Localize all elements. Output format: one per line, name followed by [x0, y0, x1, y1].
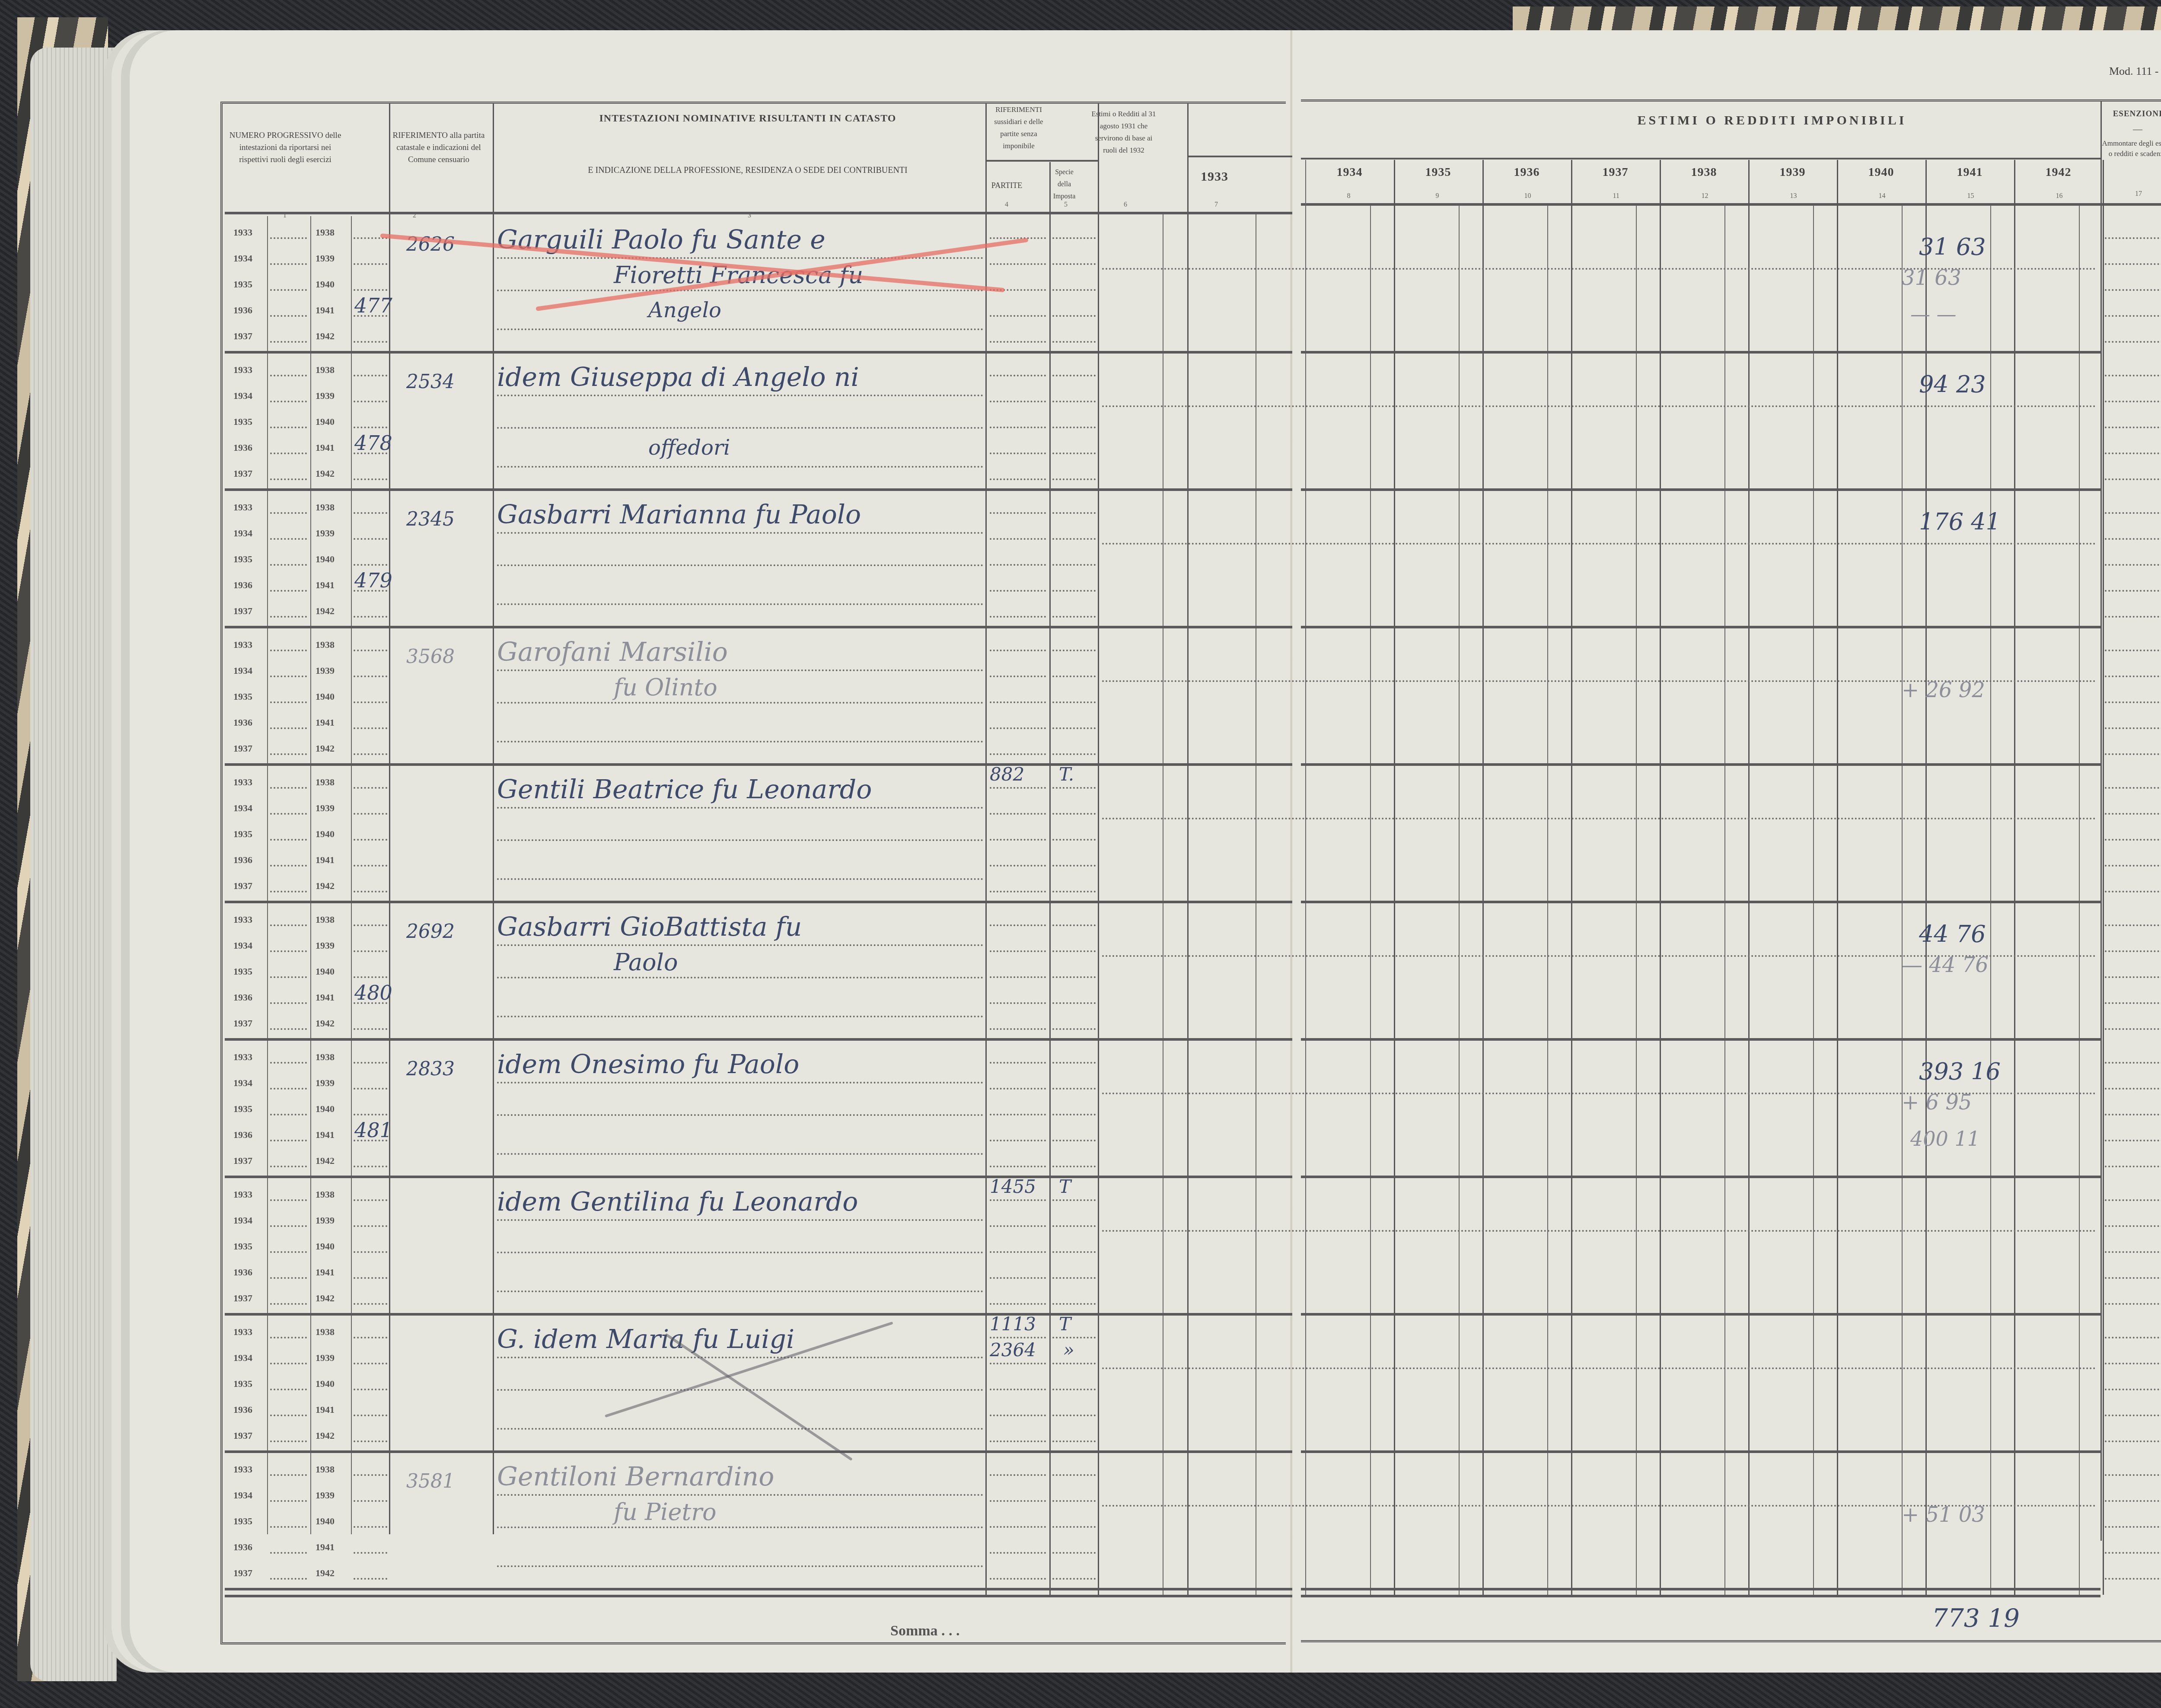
divider — [1660, 160, 1661, 1595]
dotted-line — [990, 701, 1046, 703]
dotted-line — [354, 676, 387, 677]
year-column-header: 1937 — [1571, 166, 1660, 178]
divider — [310, 216, 311, 1534]
divider — [1189, 156, 1292, 157]
dotted-line — [270, 1303, 307, 1305]
dotted-line — [2105, 401, 2161, 402]
entry-divider — [1301, 1588, 2100, 1590]
dotted-line — [354, 950, 387, 952]
year-label: 1939 — [316, 1215, 335, 1226]
entry-divider — [225, 1313, 1292, 1316]
dotted-line — [1052, 1225, 1096, 1227]
name-line — [497, 1428, 983, 1430]
somma-label: Somma . . . — [890, 1623, 960, 1639]
dotted-line — [270, 1474, 307, 1476]
year-label: 1933 — [233, 777, 252, 788]
dotted-line — [2105, 924, 2161, 926]
dotted-line — [1052, 1363, 1096, 1364]
dotted-line — [354, 1363, 387, 1364]
year-label: 1941 — [316, 854, 335, 866]
divider — [1990, 205, 1991, 1595]
divider — [1098, 104, 1099, 1595]
dotted-line — [990, 787, 1046, 789]
year-label: 1938 — [316, 502, 335, 513]
dotted-line — [354, 813, 387, 815]
dotted-line — [1052, 263, 1096, 265]
year-label: 1938 — [316, 227, 335, 238]
year-label: 1937 — [233, 468, 252, 479]
dotted-line — [270, 616, 307, 618]
owner-name-line1: Gentiloni Bernardino — [497, 1462, 774, 1492]
year-label: 1942 — [316, 605, 335, 617]
year-label: 1934 — [233, 390, 252, 402]
year-label: 1937 — [233, 880, 252, 892]
year-label: 1939 — [316, 665, 335, 676]
year-column-header: 1940 — [1837, 166, 1925, 178]
dotted-line — [2105, 1526, 2161, 1528]
dotted-line — [1052, 1500, 1096, 1502]
year-label: 1937 — [233, 1293, 252, 1304]
year-label: 1942 — [316, 1568, 335, 1579]
name-line — [497, 1291, 983, 1292]
dotted-line — [990, 1440, 1046, 1442]
divider — [1837, 160, 1838, 1595]
name-line — [497, 1082, 983, 1083]
value-1941: 31 63 — [1919, 233, 1986, 261]
name-line — [497, 977, 983, 978]
dotted-line — [270, 787, 307, 789]
dotted-line — [270, 1199, 307, 1201]
year-label: 1935 — [233, 1103, 252, 1115]
dotted-line — [270, 512, 307, 514]
dotted-line — [354, 650, 387, 651]
dotted-line — [354, 1415, 387, 1416]
owner-name-line2: Paolo — [614, 949, 678, 976]
dotted-line — [270, 1088, 307, 1090]
year-label: 1939 — [316, 1490, 335, 1501]
dotted-line — [270, 701, 307, 703]
partite-value: 1455 — [990, 1176, 1036, 1197]
dotted-line — [990, 891, 1046, 892]
value-1941-total: — — — [1910, 303, 1957, 326]
dotted-line — [354, 1062, 387, 1064]
dotted-line — [354, 263, 387, 265]
year-label: 1934 — [233, 1077, 252, 1089]
dotted-line — [1052, 1140, 1096, 1141]
dotted-line — [990, 1474, 1046, 1476]
entry-divider — [225, 1450, 1292, 1453]
dotted-line — [990, 950, 1046, 952]
year-label: 1934 — [233, 940, 252, 951]
year-label: 1938 — [316, 777, 335, 788]
dotted-line — [354, 924, 387, 926]
year-label: 1933 — [233, 364, 252, 376]
esenzioni-dash: — — [2101, 123, 2161, 135]
year-label: 1942 — [316, 743, 335, 754]
name-line — [497, 395, 983, 396]
divider — [1482, 160, 1484, 1595]
divider — [1724, 205, 1725, 1595]
dotted-line — [990, 590, 1046, 592]
dotted-line — [990, 650, 1046, 651]
year-label: 1933 — [233, 1326, 252, 1338]
right-table-frame — [1301, 99, 2161, 1642]
dotted-line — [1052, 427, 1096, 428]
dotted-line — [1052, 701, 1096, 703]
dotted-line — [990, 315, 1046, 317]
year-column-header: 1938 — [1660, 166, 1748, 178]
dotted-line — [2105, 289, 2161, 291]
name-line — [497, 1357, 983, 1358]
divider — [267, 216, 268, 1534]
year-label: 1937 — [233, 1018, 252, 1029]
dotted-line — [354, 538, 387, 540]
year-label: 1939 — [316, 390, 335, 402]
value-line — [1102, 818, 2096, 819]
divider — [1370, 205, 1371, 1595]
dotted-line — [990, 727, 1046, 729]
dotted-line — [354, 1277, 387, 1279]
divider — [1187, 104, 1189, 1595]
dotted-line — [270, 1062, 307, 1064]
dotted-line — [1052, 1440, 1096, 1442]
dotted-line — [354, 1474, 387, 1476]
year-label: 1942 — [316, 1018, 335, 1029]
dotted-line — [354, 1440, 387, 1442]
dotted-line — [1052, 1415, 1096, 1416]
year-column-header: 1939 — [1748, 166, 1837, 178]
year-label: 1938 — [316, 1326, 335, 1338]
dotted-line — [1052, 375, 1096, 376]
esenzioni-title: ESENZIONI — [2101, 108, 2161, 120]
left-table-frame — [220, 102, 1286, 1644]
divider — [493, 104, 494, 1534]
name-line — [497, 878, 983, 880]
year-column-number: 15 — [1967, 192, 1974, 200]
year-column-header: 1942 — [2014, 166, 2103, 178]
dotted-line — [270, 1337, 307, 1338]
dotted-line — [990, 341, 1046, 343]
dotted-line — [990, 753, 1046, 755]
dotted-line — [2105, 512, 2161, 514]
year-label: 1940 — [316, 1516, 335, 1527]
dotted-line — [990, 616, 1046, 618]
dotted-line — [2105, 616, 2161, 618]
year-label: 1942 — [316, 880, 335, 892]
entry-divider — [225, 1588, 1292, 1590]
dotted-line — [270, 375, 307, 376]
progressive-number: 480 — [354, 981, 392, 1004]
owner-name-line1: G. idem Maria fu Luigi — [497, 1324, 794, 1354]
header-divider — [1301, 203, 2161, 206]
dotted-line — [354, 427, 387, 428]
divider — [1163, 214, 1163, 1595]
year-label: 1940 — [316, 1103, 335, 1115]
dotted-line — [354, 564, 387, 566]
divider — [1301, 1595, 2100, 1597]
dotted-line — [1052, 650, 1096, 651]
owner-name-line3: offedori — [648, 436, 730, 460]
dotted-line — [2105, 650, 2161, 651]
name-line — [497, 1114, 983, 1116]
value-line — [1102, 405, 2096, 407]
dotted-line — [1052, 1251, 1096, 1253]
year-label: 1941 — [316, 305, 335, 316]
year-label: 1936 — [233, 1542, 252, 1553]
name-line — [497, 1016, 983, 1017]
entry-divider — [1301, 351, 2100, 354]
progressive-number: 481 — [354, 1118, 392, 1142]
dotted-line — [1052, 237, 1096, 239]
year-label: 1937 — [233, 1155, 252, 1166]
dotted-line — [2105, 1303, 2161, 1305]
header-divider — [225, 212, 1292, 214]
value-1941-adjustment: 31 63 — [1902, 266, 1961, 290]
year-label: 1936 — [233, 305, 252, 316]
dotted-line — [270, 1500, 307, 1502]
dotted-line — [354, 753, 387, 755]
year-column-number: 9 — [1436, 192, 1439, 200]
year-label: 1938 — [316, 1189, 335, 1200]
specie-value: T. — [1059, 764, 1074, 785]
dotted-line — [1052, 753, 1096, 755]
dotted-line — [270, 1114, 307, 1115]
partita-number: 2833 — [406, 1058, 455, 1080]
partita-number: 2345 — [406, 508, 455, 530]
year-label: 1933 — [233, 227, 252, 238]
year-label: 1935 — [233, 691, 252, 702]
dotted-line — [1052, 538, 1096, 540]
divider — [1902, 205, 1903, 1595]
year-label: 1939 — [316, 940, 335, 951]
year-label: 1937 — [233, 1568, 252, 1579]
dotted-line — [354, 839, 387, 841]
year-label: 1940 — [316, 554, 335, 565]
dotted-line — [270, 1526, 307, 1528]
dotted-line — [270, 727, 307, 729]
dotted-line — [354, 976, 387, 978]
value-1941-adjustment: + 6 95 — [1902, 1090, 1972, 1115]
dotted-line — [1052, 1277, 1096, 1279]
year-label: 1935 — [233, 966, 252, 977]
value-1941: 44 76 — [1919, 921, 1986, 948]
year-column-header: 1934 — [1305, 166, 1394, 178]
year-label: 1935 — [233, 1516, 252, 1527]
year-label: 1942 — [316, 1293, 335, 1304]
dotted-line — [1052, 1114, 1096, 1115]
year-label: 1941 — [316, 1267, 335, 1278]
dotted-line — [2105, 590, 2161, 592]
year-label: 1933 — [233, 639, 252, 650]
dotted-line — [270, 650, 307, 651]
dotted-line — [270, 1028, 307, 1030]
dotted-line — [2105, 478, 2161, 480]
year-label: 1940 — [316, 416, 335, 427]
year-label: 1939 — [316, 1077, 335, 1089]
name-line — [497, 290, 983, 291]
progressive-number: 478 — [354, 431, 392, 455]
col5-number: 5 — [1064, 201, 1068, 209]
entry-divider — [225, 1038, 1292, 1041]
dotted-line — [270, 427, 307, 428]
dotted-line — [354, 1337, 387, 1338]
owner-name-line1: idem Onesimo fu Paolo — [497, 1049, 799, 1080]
dotted-line — [990, 1166, 1046, 1167]
owner-name-line1: idem Gentilina fu Leonardo — [497, 1187, 858, 1217]
owner-name-line1: Gentili Beatrice fu Leonardo — [497, 774, 872, 805]
dotted-line — [2105, 263, 2161, 265]
dotted-line — [2105, 1028, 2161, 1030]
dotted-line — [1052, 1303, 1096, 1305]
dotted-line — [354, 375, 387, 376]
year-label: 1933 — [233, 1189, 252, 1200]
year-label: 1942 — [316, 1155, 335, 1166]
dotted-line — [2105, 1578, 2161, 1580]
dotted-line — [354, 1303, 387, 1305]
progressive-number: 477 — [354, 294, 392, 317]
col17-number: 17 — [2135, 190, 2142, 198]
form-title: Mod. 111 - Imposte Dirette (Intercalare)… — [2109, 65, 2161, 78]
value-1941: 176 41 — [1919, 508, 2001, 535]
dotted-line — [2105, 341, 2161, 343]
year-label: 1936 — [233, 992, 252, 1003]
year-label: 1937 — [233, 605, 252, 617]
divider — [1256, 214, 1256, 1595]
dotted-line — [270, 401, 307, 402]
dotted-line — [354, 1088, 387, 1090]
dotted-line — [2105, 701, 2161, 703]
dotted-line — [990, 1114, 1046, 1115]
dotted-line — [270, 341, 307, 343]
dotted-line — [990, 564, 1046, 566]
dotted-line — [354, 401, 387, 402]
divider — [2079, 205, 2080, 1595]
dotted-line — [2105, 1363, 2161, 1364]
entry-divider — [1301, 626, 2100, 628]
dotted-line — [1052, 1062, 1096, 1064]
year-label: 1942 — [316, 331, 335, 342]
dotted-line — [2105, 727, 2161, 729]
year-label: 1938 — [316, 364, 335, 376]
dotted-line — [2105, 1225, 2161, 1227]
year-label: 1942 — [316, 468, 335, 479]
dotted-line — [990, 976, 1046, 978]
dotted-line — [990, 1415, 1046, 1416]
dotted-line — [1052, 512, 1096, 514]
specie-value: T — [1059, 1313, 1071, 1335]
year-label: 1933 — [233, 914, 252, 925]
partita-number: 3581 — [406, 1470, 455, 1492]
dotted-line — [1052, 1474, 1096, 1476]
name-line — [497, 669, 983, 671]
value-line — [1102, 543, 2096, 545]
col4-header: PARTITE — [986, 179, 1027, 191]
dotted-line — [990, 813, 1046, 815]
divider — [1394, 160, 1395, 1595]
dotted-line — [1052, 1088, 1096, 1090]
year-label: 1935 — [233, 416, 252, 427]
partite-value-2: 2364 — [990, 1339, 1036, 1361]
entry-divider — [1301, 1176, 2100, 1178]
year-label: 1940 — [316, 1378, 335, 1389]
dotted-line — [270, 237, 307, 239]
year-label: 1939 — [316, 803, 335, 814]
name-line — [497, 564, 983, 566]
year-label: 1936 — [233, 1404, 252, 1415]
dotted-line — [1052, 616, 1096, 618]
year-column-number: 11 — [1613, 192, 1619, 200]
year-column-header: 1941 — [1925, 166, 2014, 178]
dotted-line — [2105, 538, 2161, 540]
dotted-line — [354, 1114, 387, 1115]
name-line — [497, 603, 983, 605]
name-line — [497, 702, 983, 704]
dotted-line — [1052, 1337, 1096, 1338]
dotted-line — [990, 676, 1046, 677]
dotted-line — [990, 839, 1046, 841]
year-label: 1937 — [233, 743, 252, 754]
dotted-line — [270, 1166, 307, 1167]
col3-header-main: INTESTAZIONI NOMINATIVE RISULTANTI IN CA… — [519, 112, 977, 124]
name-line — [497, 427, 983, 429]
dotted-line — [990, 924, 1046, 926]
year-label: 1941 — [316, 717, 335, 728]
dotted-line — [1052, 676, 1096, 677]
divider — [1748, 160, 1750, 1595]
owner-name-line3: Angelo — [648, 298, 721, 322]
dotted-line — [1052, 401, 1096, 402]
partita-number: 3568 — [406, 646, 455, 668]
dotted-line — [2105, 1199, 2161, 1201]
year-label: 1942 — [316, 1430, 335, 1441]
divider — [389, 104, 390, 1534]
year-label: 1935 — [233, 829, 252, 840]
divider — [351, 216, 352, 1534]
year-label: 1939 — [316, 253, 335, 264]
dotted-line — [354, 1389, 387, 1390]
name-line — [497, 532, 983, 534]
dotted-line — [990, 865, 1046, 867]
specie-value: T — [1059, 1176, 1071, 1197]
value-1941-adjustment: + 51 03 — [1902, 1503, 1985, 1527]
dotted-line — [354, 1028, 387, 1030]
dotted-line — [354, 1552, 387, 1554]
entry-divider — [225, 488, 1292, 491]
dotted-line — [270, 1251, 307, 1253]
dotted-line — [1052, 727, 1096, 729]
name-line — [497, 1565, 983, 1567]
entry-divider — [1301, 1038, 2100, 1041]
dotted-line — [2105, 676, 2161, 677]
year-label: 1934 — [233, 665, 252, 676]
divider — [985, 104, 987, 1595]
divider — [1305, 160, 1306, 1595]
divider — [2103, 160, 2104, 1595]
dotted-line — [354, 1199, 387, 1201]
dotted-line — [2105, 427, 2161, 428]
year-label: 1935 — [233, 279, 252, 290]
year-column-number: 10 — [1524, 192, 1531, 200]
dotted-line — [354, 865, 387, 867]
value-line — [1102, 1367, 2096, 1369]
dotted-line — [2105, 1277, 2161, 1279]
owner-name-line1: Gasbarri Marianna fu Paolo — [497, 500, 861, 530]
dotted-line — [2105, 1062, 2161, 1064]
owner-name-line2: fu Pietro — [614, 1498, 717, 1526]
owner-name-line2: fu Olinto — [614, 674, 717, 701]
dotted-line — [990, 512, 1046, 514]
year-label: 1936 — [233, 442, 252, 453]
